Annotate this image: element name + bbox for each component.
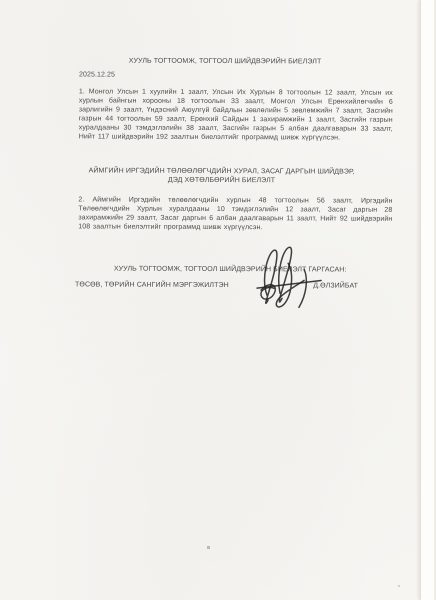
paragraph-2: 2. Аймгийн Иргэдийн төлөөлөгчдийн хурлын…	[78, 195, 392, 232]
section-heading-line-2: ДЭД ХӨТӨЛБӨРИЙН БИЕЛЭЛТ	[65, 175, 379, 185]
scan-artifact-speck	[207, 546, 210, 549]
document-title: ХУУЛЬ ТОГТООМЖ, ТОГТООЛ ШИЙДВЭРИЙН БИЕЛЭ…	[68, 56, 382, 66]
signer-title: ТӨСӨВ, ТӨРИЙН САНГИЙН МЭРГЭЖИЛТЭН	[75, 280, 229, 290]
scanned-document-page: ХУУЛЬ ТОГТООМЖ, ТОГТООЛ ШИЙДВЭРИЙН БИЕЛЭ…	[0, 0, 436, 600]
document-content: ХУУЛЬ ТОГТООМЖ, ТОГТООЛ ШИЙДВЭРИЙН БИЕЛЭ…	[0, 0, 436, 600]
paragraph-1: 1. Монгол Улсын 1 хуулийн 1 заалт, Улсын…	[79, 87, 393, 142]
document-date: 2025.12.25	[79, 70, 115, 79]
section-heading: АЙМГИЙН ИРГЭДИЙН ТӨЛӨӨЛӨГЧДИЙН ХУРАЛ, ЗА…	[65, 166, 379, 185]
scan-artifact-speck	[398, 585, 400, 587]
signoff-heading: ХУУЛЬ ТОГТООМЖ, ТОГТООЛ ШИЙДВЭРИЙН БИЕЛЭ…	[73, 264, 387, 274]
handwritten-signature-icon	[252, 244, 326, 312]
